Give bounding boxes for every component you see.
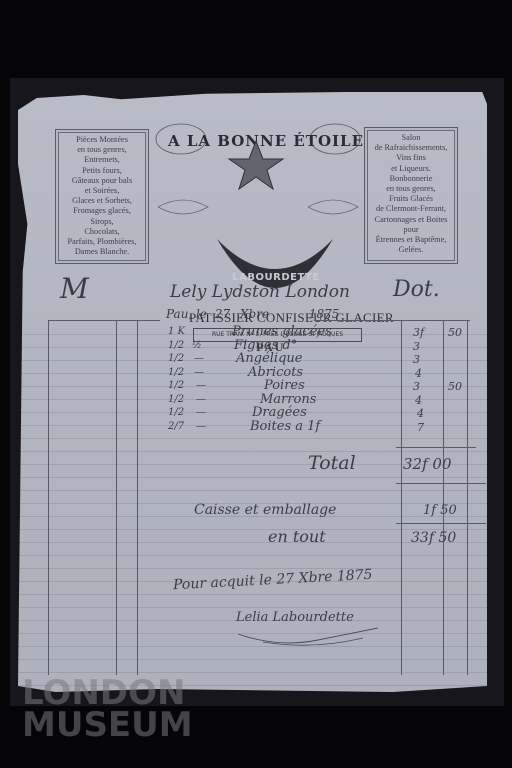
panel-line: Fruits Glacés	[365, 194, 457, 204]
panel-line: Sirops,	[56, 217, 148, 227]
item-qty: 1/2	[168, 380, 184, 391]
table-col-line	[116, 320, 117, 675]
total-label: Total	[308, 452, 356, 474]
item-row: 1/2 ½ Figues d° 3	[168, 340, 468, 354]
item-francs: 4	[415, 367, 422, 380]
panel-line: Gâteaux pour bals	[56, 176, 148, 186]
item-row: 1/2 — Poires 3 50	[168, 380, 468, 394]
addressee-title: Dot.	[393, 277, 440, 302]
packing-value: 1f 50	[423, 503, 457, 518]
panel-line: en tous genres,	[56, 145, 148, 155]
table-top-rule-right	[314, 320, 470, 321]
item-francs: 3	[413, 380, 420, 393]
panel-line: Gelées.	[365, 245, 457, 255]
item-qty: 1/2	[168, 353, 184, 364]
star-icon	[226, 139, 286, 191]
item-unit: —	[196, 407, 206, 418]
date-place: Pau, le	[166, 307, 207, 321]
date-day: 27	[215, 307, 230, 321]
panel-line: Chocolats,	[56, 227, 148, 237]
panel-line: et Soirées,	[56, 186, 148, 196]
item-description: Boites a 1f	[250, 419, 320, 434]
total-value: 32f 00	[403, 455, 452, 473]
item-qty: 1/2	[168, 367, 184, 378]
item-francs: 3f	[413, 326, 424, 339]
item-row: 1/2 — Angélique 3	[168, 353, 468, 367]
packing-rule	[396, 523, 486, 524]
item-centimes: 50	[448, 380, 462, 393]
item-unit: —	[196, 421, 206, 432]
panel-line: en tous genres,	[365, 184, 457, 194]
panel-line: Dames Blanche.	[56, 247, 148, 257]
left-services-panel: Pièces Montées en tous genres, Entremets…	[55, 129, 149, 264]
table-top-rule-left	[48, 320, 160, 321]
item-unit: ½	[192, 340, 202, 351]
table-col-line	[137, 320, 138, 675]
packing-label: Caisse et emballage	[194, 502, 336, 518]
panel-line: Salon	[365, 133, 457, 143]
panel-line: Fromages glacés,	[56, 206, 148, 216]
invoice-paper: Pièces Montées en tous genres, Entremets…	[18, 92, 487, 692]
item-francs: 4	[415, 394, 422, 407]
item-row: 1 K Prunes glacées 3f 50	[168, 326, 468, 340]
watermark-line-2: MUSEUM	[22, 708, 193, 742]
right-services-panel: Salon de Rafraichissements, Vins fins et…	[364, 127, 458, 264]
item-unit: —	[194, 353, 204, 364]
item-unit: —	[196, 394, 206, 405]
item-row: 2/7 — Boites a 1f 7	[168, 421, 468, 435]
grand-total-value: 33f 50	[411, 530, 456, 546]
item-unit: —	[196, 380, 206, 391]
grand-total-label: en tout	[268, 527, 326, 546]
item-qty: 1/2	[168, 407, 184, 418]
panel-line: Vins fins	[365, 153, 457, 163]
total-underline	[396, 483, 486, 484]
item-row: 1/2 — Abricots 4	[168, 367, 468, 381]
panel-line: Glaces et Sorbets,	[56, 196, 148, 206]
panel-line: Petits fours,	[56, 166, 148, 176]
addressee-prefix: M	[60, 272, 89, 305]
table-col-line	[48, 320, 49, 675]
panel-line: Étrennes et Baptême,	[365, 235, 457, 245]
panel-line: Bonbonnerie	[365, 174, 457, 184]
item-francs: 3	[413, 340, 420, 353]
item-francs: 4	[417, 407, 424, 420]
panel-line: pour	[365, 225, 457, 235]
items-list: 1 K Prunes glacées 3f 50 1/2 ½ Figues d°…	[168, 326, 468, 434]
item-qty: 1 K	[168, 326, 185, 337]
panel-line: et Liqueurs.	[365, 164, 457, 174]
panel-line: Cartonnages et Boites	[365, 215, 457, 225]
panel-line: de Rafraichissements,	[365, 143, 457, 153]
item-row: 1/2 — Marrons 4	[168, 394, 468, 408]
item-qty: 1/2	[168, 340, 184, 351]
date-month: Xbre	[240, 307, 269, 321]
item-qty: 1/2	[168, 394, 184, 405]
item-centimes: 50	[448, 326, 462, 339]
panel-line: Entremets,	[56, 155, 148, 165]
signature-flourish-icon	[233, 612, 383, 652]
panel-line: Parfaits, Plombières,	[56, 237, 148, 247]
panel-line: de Clermont-Ferrant,	[365, 204, 457, 214]
date-year: 1875	[309, 307, 340, 321]
item-francs: 3	[413, 353, 420, 366]
date-line: Pau, le 27 Xbre 1875	[166, 307, 339, 321]
item-qty: 2/7	[168, 421, 184, 432]
item-francs: 7	[417, 421, 424, 434]
item-unit: —	[194, 367, 204, 378]
panel-line: Pièces Montées	[56, 135, 148, 145]
addressee-name: Lely Lydston London	[170, 282, 350, 302]
total-rule	[396, 447, 476, 448]
